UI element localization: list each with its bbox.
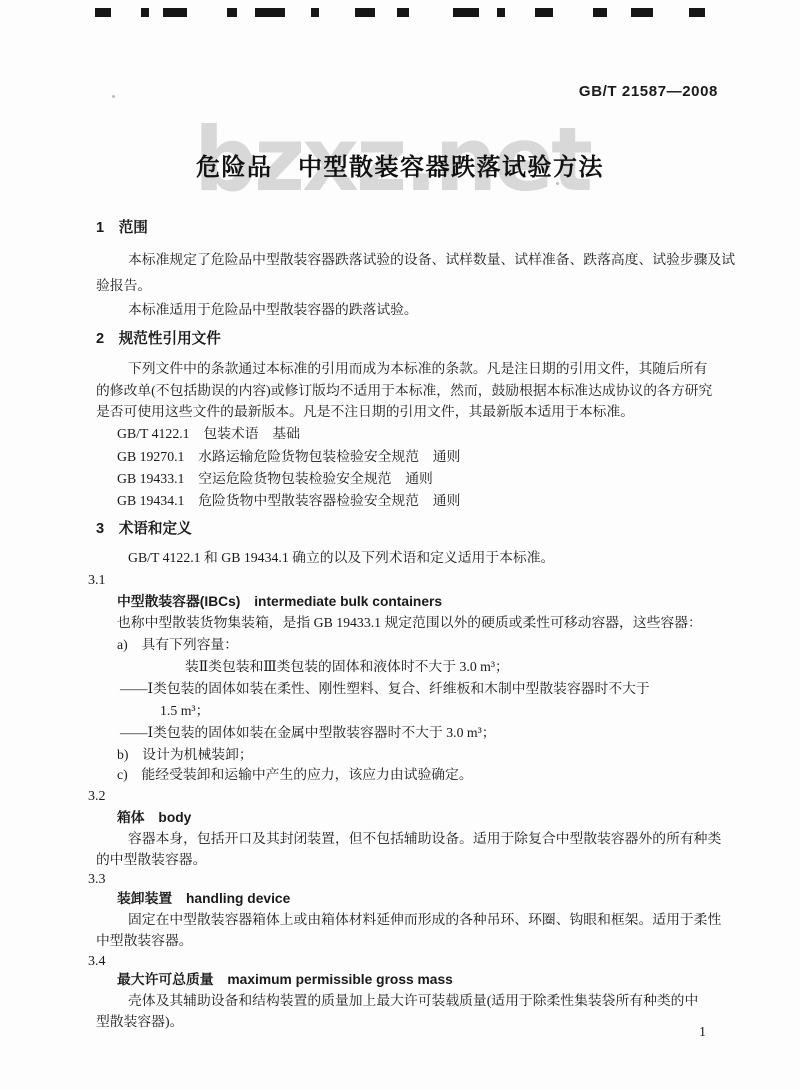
paragraph-line: GB/T 4122.1 和 GB 19434.1 确立的以及下列术语和定义适用于…	[128, 549, 554, 567]
term-title: 最大许可总质量 maximum permissible gross mass	[117, 971, 453, 989]
term-title: 装卸装置 handling device	[117, 890, 290, 908]
term-number: 3.3	[88, 871, 106, 889]
list-subitem: ——Ⅰ类包装的固体如装在金属中型散装容器时不大于 3.0 m³；	[120, 724, 496, 742]
term-definition-line: 的中型散装容器。	[96, 851, 206, 869]
paragraph-line: 本标准适用于危险品中型散装容器的跌落试验。	[128, 301, 418, 319]
paragraph-line: 验报告。	[96, 277, 151, 295]
section-3-heading: 3 术语和定义	[96, 520, 192, 539]
paragraph-line: 本标准规定了危险品中型散装容器跌落试验的设备、试样数量、试样准备、跌落高度、试验…	[128, 251, 735, 269]
reference-item: GB 19433.1 空运危险货物包装检验安全规范 通则	[117, 470, 433, 488]
list-item-a: a) 具有下列容量：	[117, 636, 238, 654]
term-definition-line: 壳体及其辅助设备和结构装置的质量加上最大许可装载质量(适用于除柔性集装袋所有种类…	[128, 992, 698, 1010]
paragraph-line: 是否可使用这些文件的最新版本。凡是不注日期的引用文件，其最新版本适用于本标准。	[96, 403, 634, 421]
list-subitem: 装Ⅱ类包装和Ⅲ类包装的固体和液体时不大于 3.0 m³；	[185, 658, 509, 676]
reference-item: GB 19270.1 水路运输危险货物包装检验安全规范 通则	[117, 448, 460, 466]
term-definition-line: 型散装容器)。	[96, 1013, 183, 1031]
page-number: 1	[699, 1025, 706, 1041]
document-title: 危险品 中型散装容器跌落试验方法	[0, 147, 800, 182]
list-item-c: c) 能经受装卸和运输中产生的应力，该应力由试验确定。	[117, 766, 473, 784]
term-title: 中型散装容器(IBCs) intermediate bulk container…	[117, 593, 442, 611]
list-subitem: 1.5 m³；	[160, 702, 209, 720]
term-number: 3.1	[88, 572, 106, 590]
scan-artifact-dashes	[95, 8, 705, 18]
section-2-heading: 2 规范性引用文件	[96, 330, 221, 349]
term-number: 3.2	[88, 788, 106, 806]
list-subitem: ——Ⅰ类包装的固体如装在柔性、刚性塑料、复合、纤维板和木制中型散装容器时不大于	[120, 680, 650, 698]
term-definition-line: 中型散装容器。	[96, 932, 193, 950]
paragraph-line: 的修改单(不包括勘误的内容)或修订版均不适用于本标准，然而，鼓励根据本标准达成协…	[96, 382, 712, 400]
standard-code-header: GB/T 21587—2008	[0, 83, 718, 100]
term-number: 3.4	[88, 953, 106, 971]
term-definition-line: 固定在中型散装容器箱体上或由箱体材料延伸而形成的各种吊环、环圈、钩眼和框架。适用…	[128, 911, 721, 929]
term-definition-line: 容器本身，包括开口及其封闭装置，但不包括辅助设备。适用于除复合中型散装容器外的所…	[128, 830, 721, 848]
section-1-heading: 1 范围	[96, 219, 148, 238]
reference-item: GB/T 4122.1 包装术语 基础	[117, 425, 300, 443]
list-item-b: b) 设计为机械装卸；	[117, 746, 253, 764]
term-title: 箱体 body	[117, 809, 191, 827]
reference-item: GB 19434.1 危险货物中型散装容器检验安全规范 通则	[117, 492, 460, 510]
term-definition-line: 也称中型散装货物集装箱，是指 GB 19433.1 规定范围以外的硬质或柔性可移…	[117, 614, 702, 632]
document-page: GB/T 21587—2008 bzxz.net 危险品 中型散装容器跌落试验方…	[0, 0, 800, 1090]
paragraph-line: 下列文件中的条款通过本标准的引用而成为本标准的条款。凡是注日期的引用文件，其随后…	[128, 360, 707, 378]
